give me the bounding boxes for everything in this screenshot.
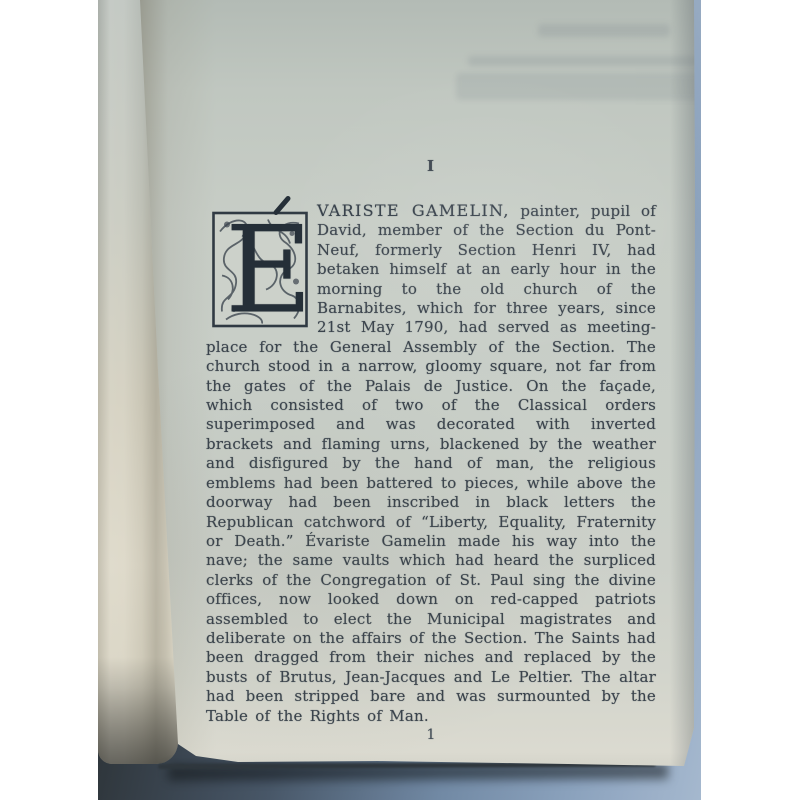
paragraph-lead: VARISTE GAMELIN, [317, 201, 510, 220]
opening-paragraph: E VARISTE GAMELIN, painter, pupil of Dav… [206, 201, 656, 726]
chapter-heading: I [206, 156, 656, 176]
show-through-text [456, 73, 701, 100]
page-number: 1 [206, 727, 656, 743]
page-content: I [206, 150, 656, 726]
show-through-text [468, 56, 701, 66]
dropcap-initial-icon: E [212, 204, 308, 321]
book-photo: I [98, 0, 701, 800]
dropcap-letter: E [225, 202, 313, 341]
show-through-text [538, 24, 670, 37]
book-page: I [138, 0, 696, 778]
